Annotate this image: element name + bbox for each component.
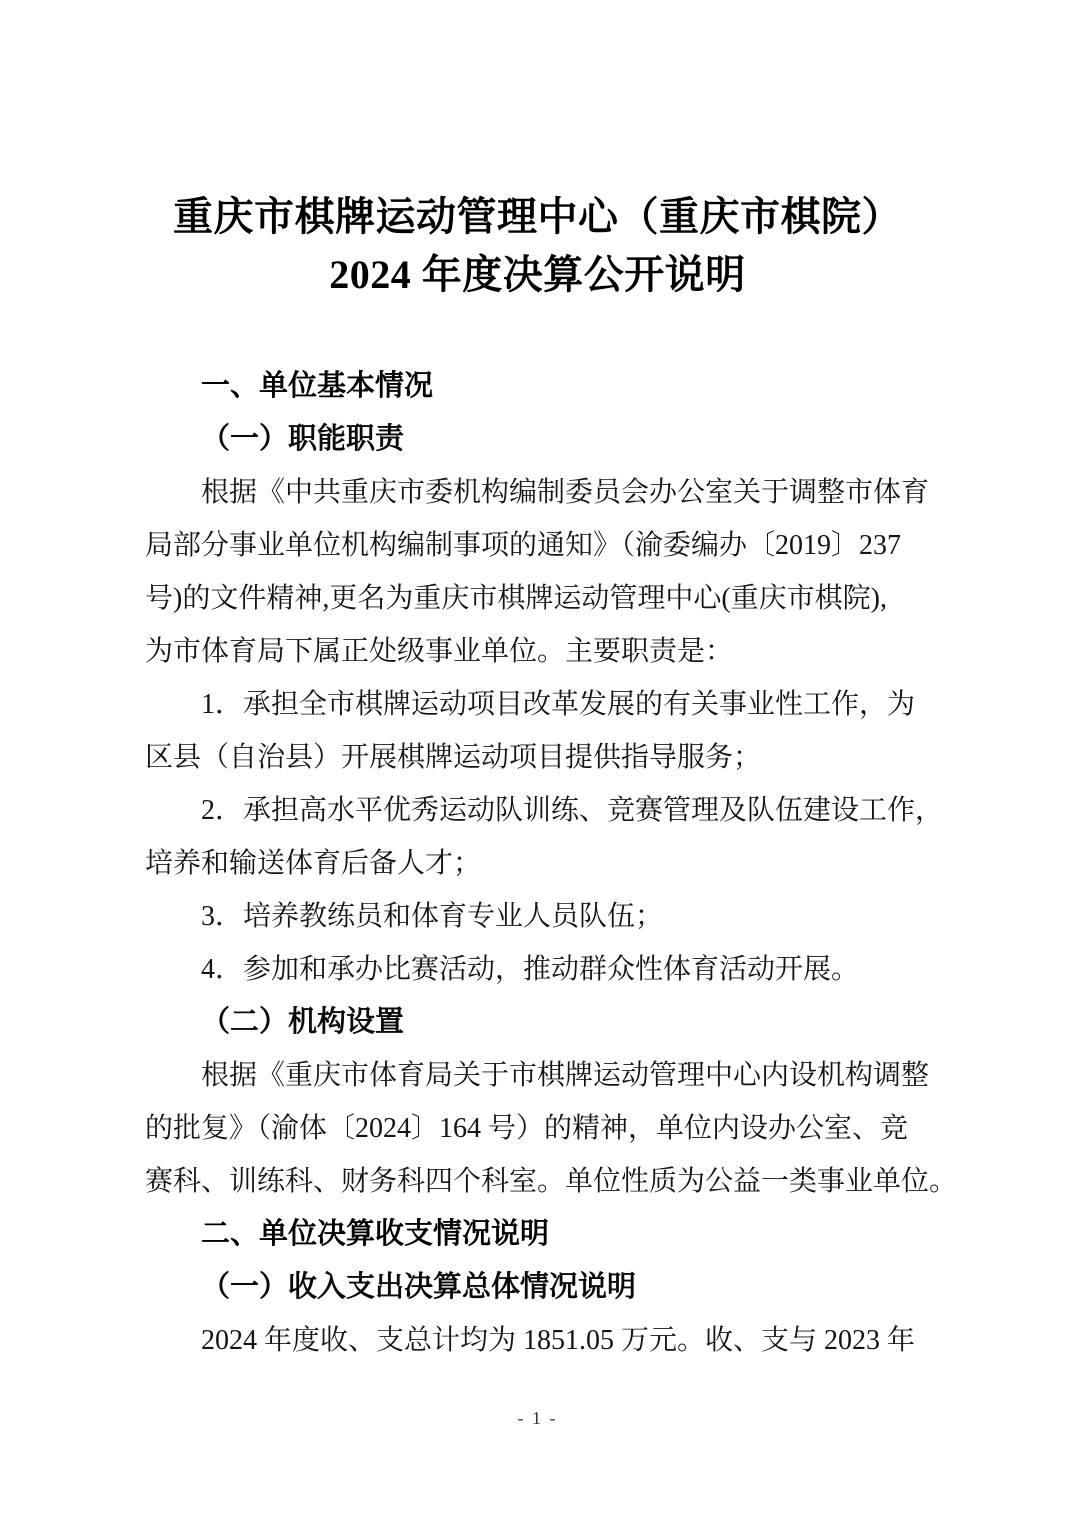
text-line: 培养和输送体育后备人才； <box>145 837 960 890</box>
text-line: （一）职能职责 <box>145 413 960 466</box>
text-line: 根据《中共重庆市委机构编制委员会办公室关于调整市体育 <box>145 466 960 519</box>
document-body: 一、单位基本情况（一）职能职责根据《中共重庆市委机构编制委员会办公室关于调整市体… <box>145 360 960 1367</box>
page-number: - 1 - <box>0 1406 1075 1430</box>
text-line: 区县（自治县）开展棋牌运动项目提供指导服务； <box>145 731 960 784</box>
text-line: 2．承担高水平优秀运动队训练、竞赛管理及队伍建设工作， <box>145 784 960 837</box>
text-line: 为市体育局下属正处级事业单位。主要职责是： <box>145 625 960 678</box>
text-line: （二）机构设置 <box>145 996 960 1049</box>
text-line: 二、单位决算收支情况说明 <box>145 1208 960 1261</box>
text-line: （一）收入支出决算总体情况说明 <box>145 1261 960 1314</box>
document-page: 重庆市棋牌运动管理中心（重庆市棋院） 2024 年度决算公开说明 一、单位基本情… <box>0 0 1075 1520</box>
text-line: 一、单位基本情况 <box>145 360 960 413</box>
text-line: 局部分事业单位机构编制事项的通知》（渝委编办〔2019〕237 <box>145 519 960 572</box>
text-line: 4．参加和承办比赛活动，推动群众性体育活动开展。 <box>145 943 960 996</box>
text-line: 3．培养教练员和体育专业人员队伍； <box>145 890 960 943</box>
text-line: 根据《重庆市体育局关于市棋牌运动管理中心内设机构调整 <box>145 1049 960 1102</box>
document-title-line2: 2024 年度决算公开说明 <box>0 246 1075 304</box>
text-line: 的批复》（渝体〔2024〕164 号）的精神，单位内设办公室、竞 <box>145 1102 960 1155</box>
text-line: 2024 年度收、支总计均为 1851.05 万元。收、支与 2023 年 <box>145 1314 960 1367</box>
text-line: 号)的文件精神,更名为重庆市棋牌运动管理中心(重庆市棋院), <box>145 572 960 625</box>
document-title-line1: 重庆市棋牌运动管理中心（重庆市棋院） <box>0 188 1075 246</box>
text-line: 赛科、训练科、财务科四个科室。单位性质为公益一类事业单位。 <box>145 1155 960 1208</box>
document-title: 重庆市棋牌运动管理中心（重庆市棋院） 2024 年度决算公开说明 <box>0 188 1075 304</box>
text-line: 1．承担全市棋牌运动项目改革发展的有关事业性工作，为 <box>145 678 960 731</box>
